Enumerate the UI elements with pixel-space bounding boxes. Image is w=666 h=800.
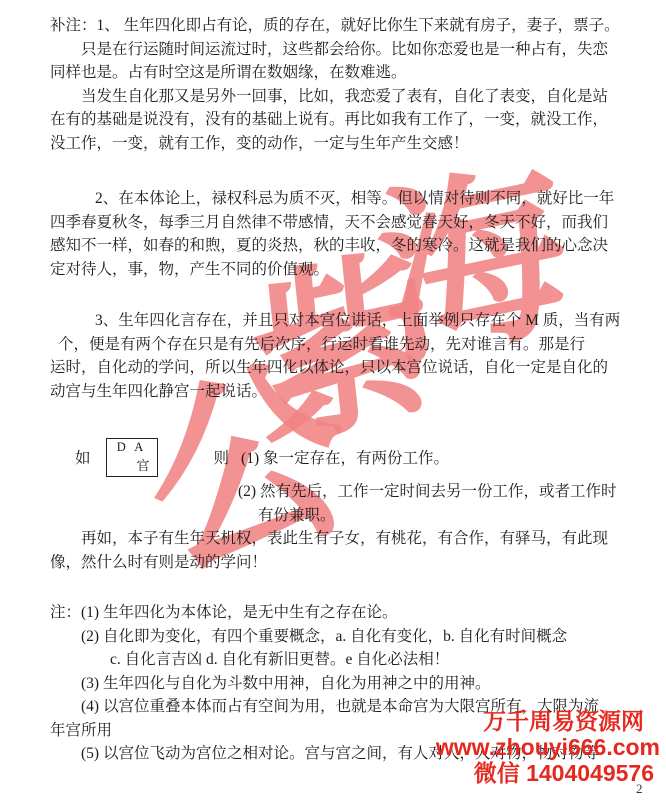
figure-prefix: 如 <box>75 446 91 468</box>
text-line: 像，然什么时有则是动的学问！ <box>50 551 656 575</box>
figure-row: 如 D A 官 则 (1) 象一定存在，有两份工作。 <box>50 437 656 477</box>
figure-da-example: 如 D A 官 则 (1) 象一定存在，有两份工作。 (2) 然有先后，工作一定… <box>50 437 656 527</box>
stamp-site-name: 万千周易资源网 <box>436 708 660 734</box>
text-line: 再如，本子有生年天机权，表此生有子女，有桃花，有合作，有驿马，有此现 <box>81 527 656 551</box>
figure-connector: 则 <box>214 446 230 468</box>
document-body: 补注：1、 生年四化即占有论，质的存在，就好比你生下来就有房子，妻子，票子。 只… <box>50 14 656 766</box>
text-line: 补注：1、 生年四化即占有论，质的存在，就好比你生下来就有房子，妻子，票子。 <box>50 14 656 38</box>
text-line: 3、生年四化言存在，并且只对本宫位讲话，上面举例只存在个 M 质，当有两 <box>95 309 656 333</box>
stamp-url: www.zhouyi666.com <box>436 734 660 760</box>
text-line: 动宫与生年四化静宫一起说话。 <box>50 380 656 404</box>
text-line: 2、在本体论上，禄权科忌为质不灭，相等。但以情对待则不同，就好比一年 <box>95 187 656 211</box>
stamp-wechat: 微信 1404049576 <box>436 760 660 786</box>
paragraph-3: 3、生年四化言存在，并且只对本宫位讲话，上面举例只存在个 M 质，当有两 个，便… <box>50 309 656 403</box>
da-box-palace: 官 <box>111 459 150 473</box>
text-line: 定对待人，事，物，产生不同的价值观。 <box>50 258 656 282</box>
text-line: 个，便是有两个存在只是有先后次序，行运时看谁先动，先对谁言有。那是行 <box>58 333 656 357</box>
text-line: 感知不一样，如春的和煦，夏的炎热，秋的丰收，冬的寒冷。这就是我们的心念决 <box>50 234 656 258</box>
da-box-label: D A <box>111 441 153 455</box>
note-line: c. 自化言吉凶 d. 自化有新旧更替。e 自化必法相！ <box>110 648 656 672</box>
note-line: (3) 生年四化与自化为斗数中用神，自化为用神之中的用神。 <box>81 672 656 696</box>
text-line: 只是在行运随时间运流过时，这些都会给你。比如你恋爱也是一种占有，失恋 <box>81 38 656 62</box>
figure-item-2-continuation: 有份兼职。 <box>258 504 656 528</box>
text-line: 当发生自化那又是另外一回事，比如，我恋爱了表有，自化了表变，自化是站 <box>81 85 656 109</box>
text-line: 四季春夏秋冬，每季三月自然律不带感情，天不会感觉春天好，冬天不好，而我们 <box>50 211 656 235</box>
note-line: (2) 自化即为变化，有四个重要概念，a. 自化有变化，b. 自化有时间概念 <box>81 625 656 649</box>
note-line: 注：(1) 生年四化为本体论，是无中生有之存在论。 <box>50 601 656 625</box>
paragraph-2: 2、在本体论上，禄权科忌为质不灭，相等。但以情对待则不同，就好比一年 四季春夏秋… <box>50 187 656 281</box>
text-line: 在有的基础是说没有，没有的基础上说有。再比如我有工作了，一变，就没工作， <box>50 108 656 132</box>
text-line: 没工作，一变，就有工作，变的动作，一定与生年产生交感！ <box>50 132 656 156</box>
resource-stamp: 万千周易资源网 www.zhouyi666.com 微信 1404049576 <box>436 708 660 786</box>
document-page: 公 紫 海 补注：1、 生年四化即占有论，质的存在，就好比你生下来就有房子，妻子… <box>0 0 666 800</box>
paragraph-4: 再如，本子有生年天机权，表此生有子女，有桃花，有合作，有驿马，有此现 像，然什么… <box>50 527 656 574</box>
figure-item-2: (2) 然有先后，工作一定时间去另一份工作，或者工作时 <box>238 480 656 504</box>
text-line: 运时，自化动的学问，所以生年四化以体论，只以本宫位说话，自化一定是自化的 <box>50 356 656 380</box>
da-palace-box: D A 官 <box>106 438 158 477</box>
figure-item-1: (1) 象一定存在，有两份工作。 <box>241 446 449 468</box>
text-line: 同样也是。占有时空这是所谓在数姻缘，在数难逃。 <box>50 61 656 85</box>
paragraph-1: 补注：1、 生年四化即占有论，质的存在，就好比你生下来就有房子，妻子，票子。 只… <box>50 14 656 155</box>
